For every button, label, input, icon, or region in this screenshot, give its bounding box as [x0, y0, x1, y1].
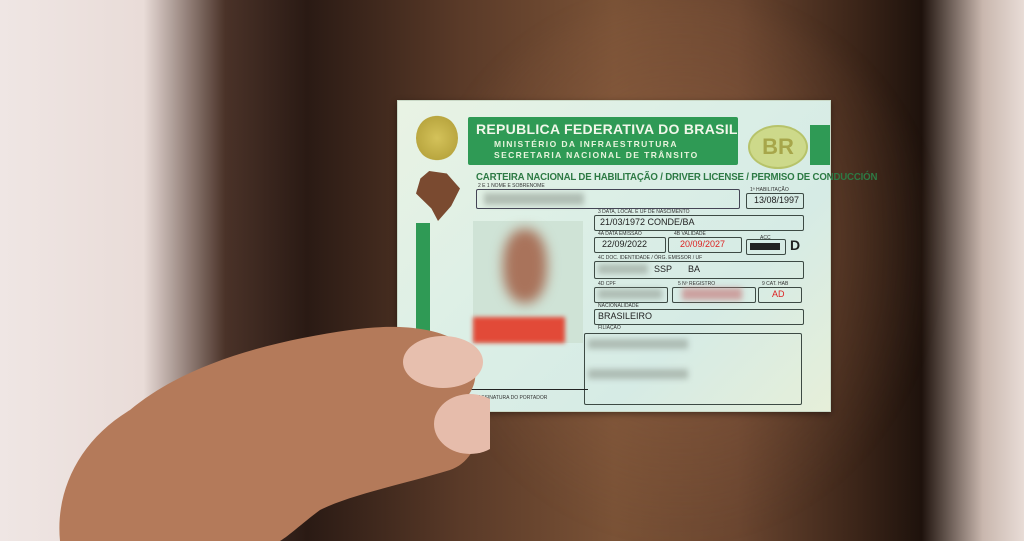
parent2-redacted: [588, 369, 688, 379]
card-title: CARTEIRA NACIONAL DE HABILITAÇÃO / DRIVE…: [476, 171, 877, 183]
id-issuer: SSP: [654, 264, 672, 274]
brazil-map-icon: [416, 171, 460, 221]
first-license-value: 13/08/1997: [754, 195, 799, 205]
acc-suffix: D: [790, 237, 800, 253]
header-banner: REPUBLICA FEDERATIVA DO BRASIL MINISTÉRI…: [468, 117, 738, 165]
nationality-value: BRASILEIRO: [598, 311, 652, 321]
acc-redacted: [750, 243, 780, 250]
blurred-face: [503, 229, 547, 303]
cpf-redacted: [598, 289, 662, 299]
parent1-redacted: [588, 339, 688, 349]
registry-redacted: [682, 288, 742, 300]
birth-value: 21/03/1972 CONDE/BA: [600, 217, 695, 227]
country-header: REPUBLICA FEDERATIVA DO BRASIL: [476, 121, 738, 137]
coat-of-arms-icon: [416, 115, 458, 161]
vertical-security-strip: [416, 223, 430, 333]
hand: [50, 320, 490, 541]
validity-value: 20/09/2027: [680, 239, 725, 249]
id-state: BA: [688, 264, 700, 274]
parents-label: FILIAÇÃO: [598, 325, 621, 331]
secretariat-text: SECRETARIA NACIONAL DE TRÂNSITO: [494, 150, 699, 160]
category-value: AD: [772, 289, 785, 299]
ministry-text: MINISTÉRIO DA INFRAESTRUTURA: [494, 139, 678, 149]
banner-tail: [810, 125, 830, 165]
issue-value: 22/09/2022: [602, 239, 647, 249]
name-redacted: [484, 193, 584, 205]
br-badge: BR: [748, 125, 808, 169]
id-redacted: [598, 264, 648, 274]
